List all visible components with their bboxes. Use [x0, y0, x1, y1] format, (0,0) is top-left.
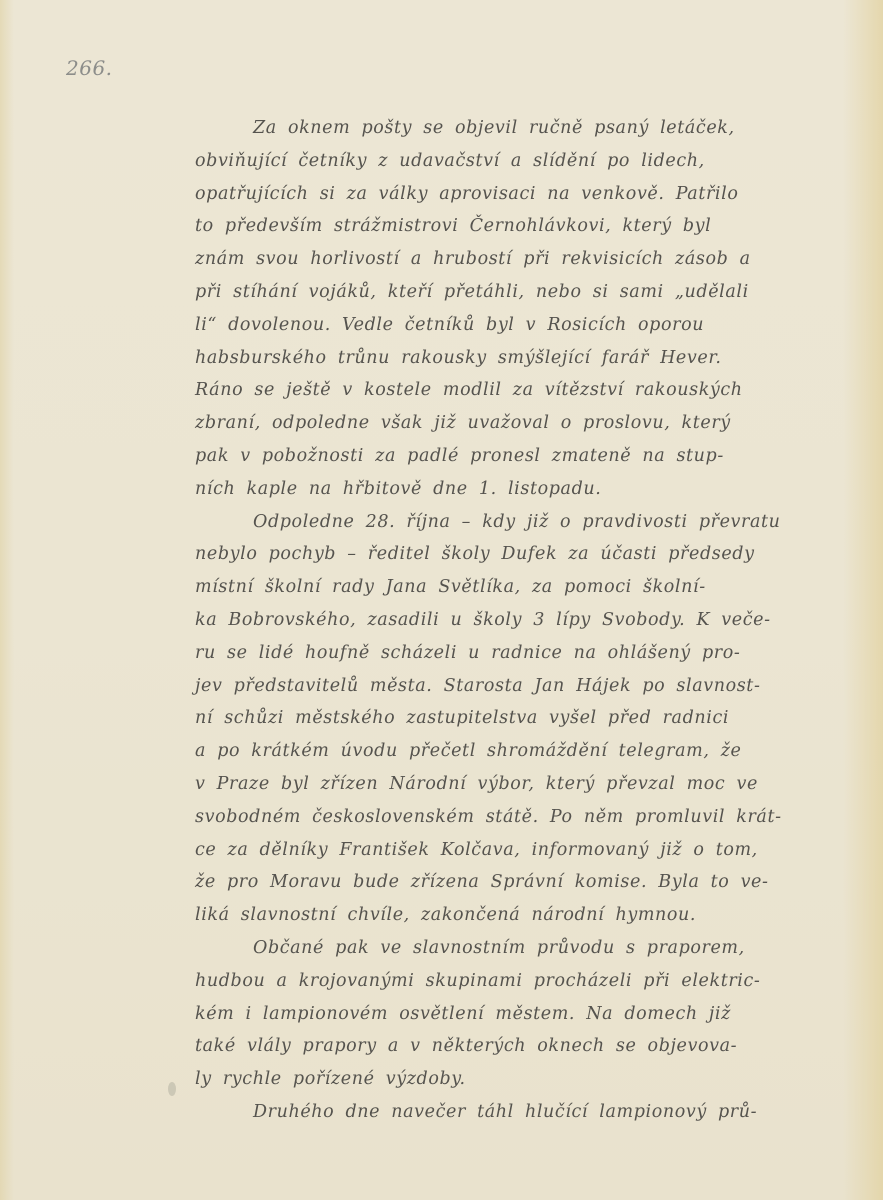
text-line: li“ dovolenou. Vedle četníků byl v Rosic… — [195, 309, 835, 342]
text-line: jev představitelů města. Starosta Jan Há… — [195, 670, 835, 703]
text-line: obviňující četníky z udavačství a slíděn… — [195, 145, 835, 178]
ink-smudge — [168, 1082, 176, 1096]
text-line: to především strážmistrovi Černohlávkovi… — [195, 210, 835, 243]
text-line: ru se lidé houfně scházeli u radnice na … — [195, 637, 835, 670]
text-line: také vlály prapory a v některých oknech … — [195, 1030, 835, 1063]
text-line: nebylo pochyb – ředitel školy Dufek za ú… — [195, 538, 835, 571]
text-line: Za oknem pošty se objevil ručně psaný le… — [195, 112, 835, 145]
text-line: liká slavnostní chvíle, zakončená národn… — [195, 899, 835, 932]
text-line: při stíhání vojáků, kteří přetáhli, nebo… — [195, 276, 835, 309]
text-line: habsburského trůnu rakousky smýšlející f… — [195, 342, 835, 375]
text-line: opatřujících si za války aprovisaci na v… — [195, 178, 835, 211]
text-line: znám svou horlivostí a hrubostí při rekv… — [195, 243, 835, 276]
text-line: pak v pobožnosti za padlé pronesl zmaten… — [195, 440, 835, 473]
text-line: zbraní, odpoledne však již uvažoval o pr… — [195, 407, 835, 440]
text-line: ní schůzi městského zastupitelstva vyšel… — [195, 702, 835, 735]
manuscript-page: 266. Za oknem pošty se objevil ručně psa… — [0, 0, 883, 1200]
text-line: ka Bobrovského, zasadili u školy 3 lípy … — [195, 604, 835, 637]
text-line: ly rychle pořízené výzdoby. — [195, 1063, 835, 1096]
text-line: a po krátkém úvodu přečetl shromáždění t… — [195, 735, 835, 768]
text-line: Občané pak ve slavnostním průvodu s prap… — [195, 932, 835, 965]
text-line: hudbou a krojovanými skupinami procházel… — [195, 965, 835, 998]
text-line: kém i lampionovém osvětlení městem. Na d… — [195, 998, 835, 1031]
text-line: místní školní rady Jana Světlíka, za pom… — [195, 571, 835, 604]
text-line: Ráno se ještě v kostele modlil za vítězs… — [195, 374, 835, 407]
text-line: ce za dělníky František Kolčava, informo… — [195, 834, 835, 867]
text-line: Druhého dne navečer táhl hlučící lampion… — [195, 1096, 835, 1129]
text-line: Odpoledne 28. října – kdy již o pravdivo… — [195, 506, 835, 539]
text-line: v Praze byl zřízen Národní výbor, který … — [195, 768, 835, 801]
text-line: svobodném československém státě. Po něm … — [195, 801, 835, 834]
text-line: ních kaple na hřbitově dne 1. listopadu. — [195, 473, 835, 506]
page-number: 266. — [66, 56, 113, 80]
text-line: že pro Moravu bude zřízena Správní komis… — [195, 866, 835, 899]
handwritten-text-block: Za oknem pošty se objevil ručně psaný le… — [195, 112, 835, 1129]
